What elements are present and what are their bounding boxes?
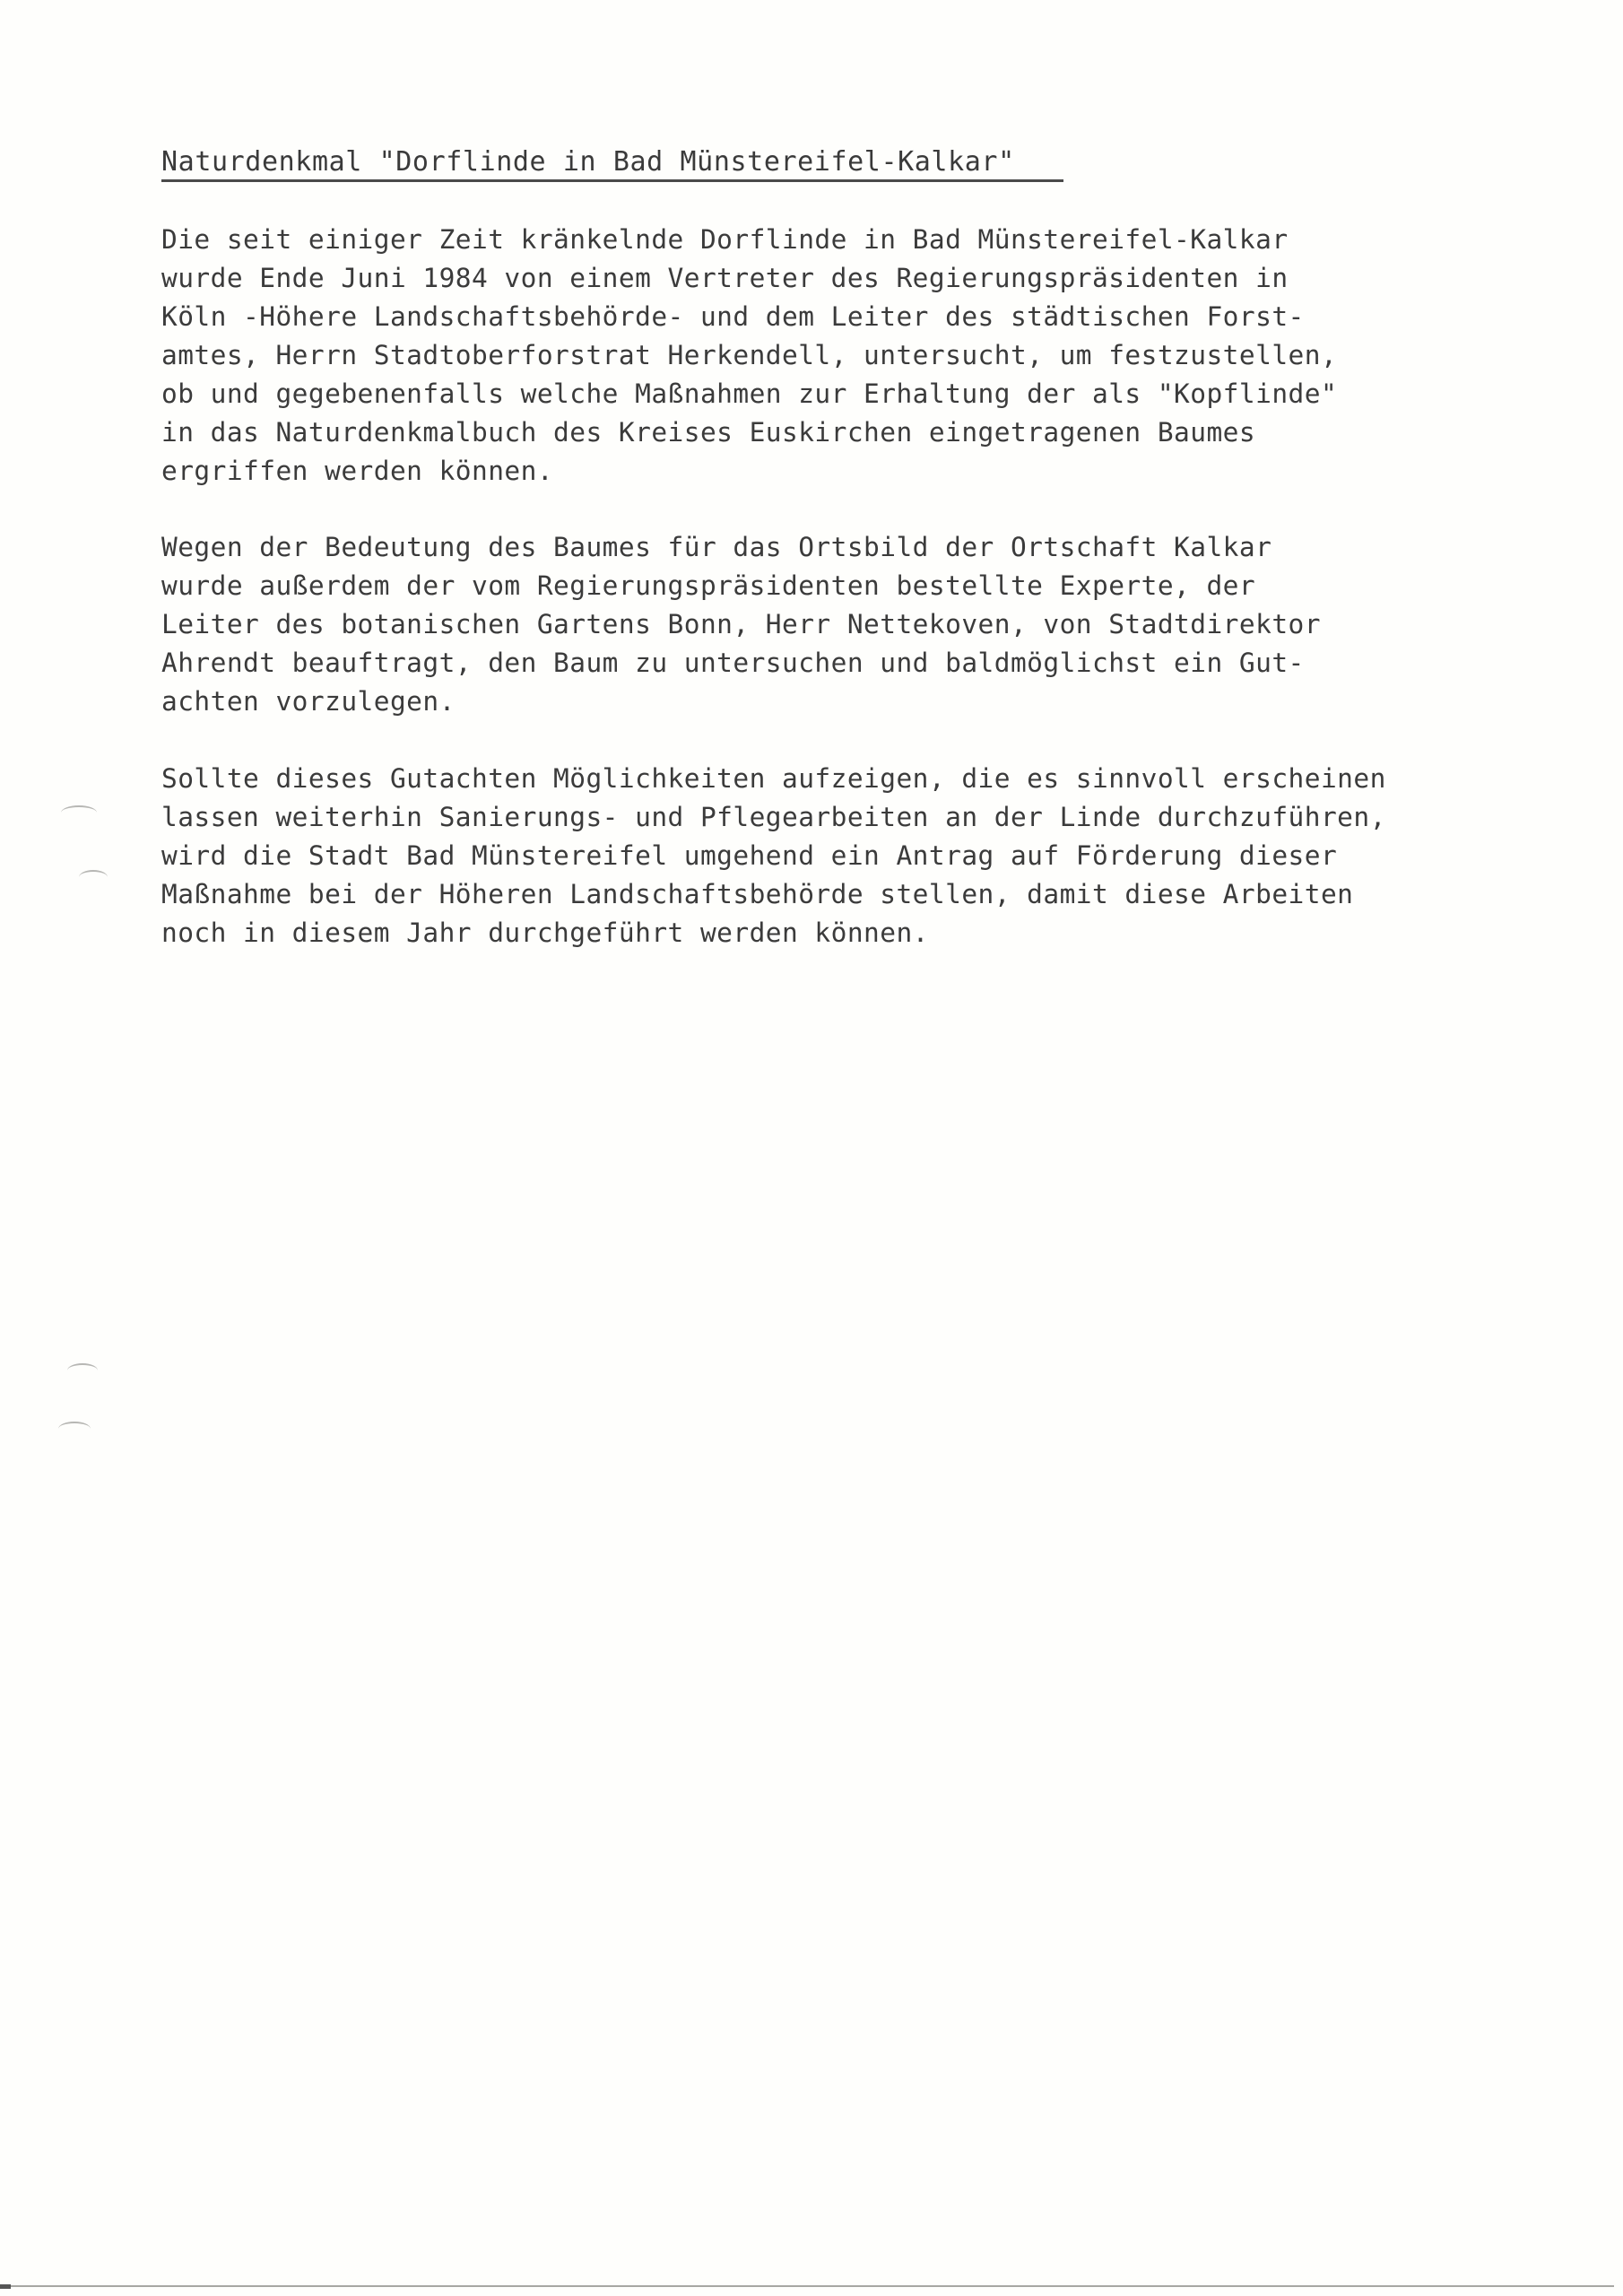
paragraph-1: Die seit einiger Zeit kränkelnde Dorflin…	[161, 221, 1506, 491]
text-line: achten vorzulegen.	[161, 683, 1506, 721]
text-line: Ahrendt beauftragt, den Baum zu untersuc…	[161, 644, 1506, 683]
page-edge-line	[0, 2285, 1614, 2287]
text-line: wurde außerdem der vom Regierungspräside…	[161, 567, 1506, 605]
scan-mark	[58, 1422, 91, 1436]
text-line: wird die Stadt Bad Münstereifel umgehend…	[161, 837, 1506, 875]
document-title: Naturdenkmal "Dorflinde in Bad Münsterei…	[161, 146, 1015, 178]
text-line: lassen weiterhin Sanierungs- und Pflegea…	[161, 798, 1506, 837]
scan-mark	[61, 805, 97, 820]
text-line: amtes, Herrn Stadtoberforstrat Herkendel…	[161, 336, 1506, 375]
text-line: Sollte dieses Gutachten Möglichkeiten au…	[161, 760, 1506, 798]
text-line: Leiter des botanischen Gartens Bonn, Her…	[161, 605, 1506, 644]
page-edge-corner	[0, 2284, 11, 2289]
text-line: Maßnahme bei der Höheren Landschaftsbehö…	[161, 875, 1506, 914]
text-line: ob und gegebenenfalls welche Maßnahmen z…	[161, 375, 1506, 413]
text-line: in das Naturdenkmalbuch des Kreises Eusk…	[161, 413, 1506, 452]
text-line: wurde Ende Juni 1984 von einem Vertreter…	[161, 259, 1506, 298]
text-line: Köln -Höhere Landschaftsbehörde- und dem…	[161, 298, 1506, 336]
paragraph-3: Sollte dieses Gutachten Möglichkeiten au…	[161, 760, 1506, 952]
scanned-page: Naturdenkmal "Dorflinde in Bad Münsterei…	[0, 0, 1623, 2296]
text-line: Wegen der Bedeutung des Baumes für das O…	[161, 528, 1506, 567]
text-line: Die seit einiger Zeit kränkelnde Dorflin…	[161, 221, 1506, 259]
text-line: ergriffen werden können.	[161, 452, 1506, 491]
scan-mark	[67, 1363, 98, 1378]
text-line: noch in diesem Jahr durchgeführt werden …	[161, 914, 1506, 952]
paragraph-2: Wegen der Bedeutung des Baumes für das O…	[161, 528, 1506, 721]
title-underline	[161, 179, 1063, 182]
scan-mark	[79, 870, 108, 884]
